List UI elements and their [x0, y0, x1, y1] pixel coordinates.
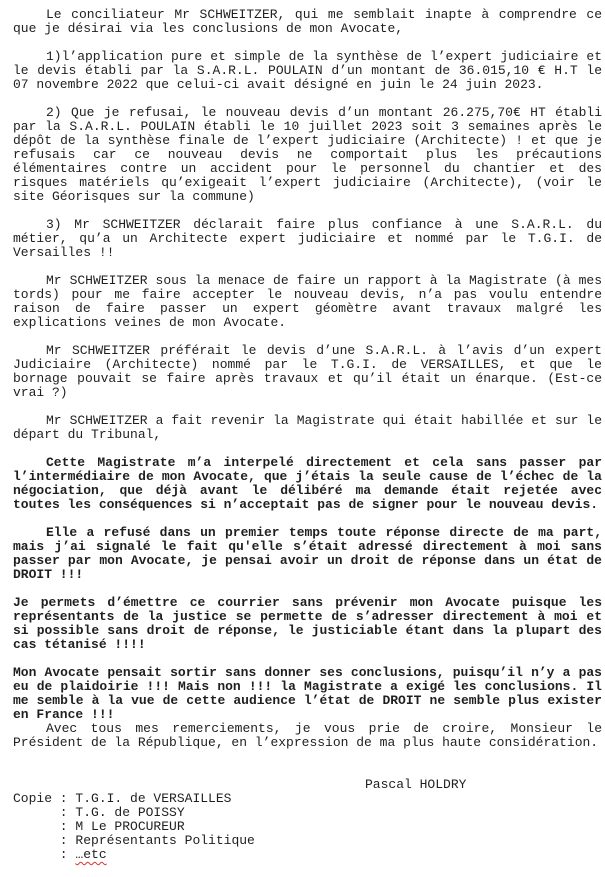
paragraph: Avec tous mes remerciements, je vous pri… [13, 722, 602, 750]
copy-text: Représentants Politique [75, 833, 254, 848]
paragraph: Cette Magistrate m’a interpelé directeme… [13, 456, 602, 512]
paragraph: Je permets d’émettre ce courrier sans pr… [13, 596, 602, 652]
paragraph: Mr SCHWEITZER préférait le devis d’une S… [13, 344, 602, 400]
signature: Pascal HOLDRY [365, 778, 602, 792]
copy-prefix: Copie : [13, 791, 75, 806]
copy-line: : M Le PROCUREUR [13, 820, 602, 834]
copy-text: T.G.I. de VERSAILLES [75, 791, 231, 806]
copy-prefix: : [13, 805, 75, 820]
paragraph: 2) Que je refusai, le nouveau devis d’un… [13, 106, 602, 204]
copy-line: : Représentants Politique [13, 834, 602, 848]
copy-prefix: : [13, 819, 75, 834]
letter-page: Le conciliateur Mr SCHWEITZER, qui me se… [0, 0, 605, 877]
paragraph: 1)l’application pure et simple de la syn… [13, 50, 602, 92]
copy-text: M Le PROCUREUR [75, 819, 184, 834]
copy-text: T.G. de POISSY [75, 805, 184, 820]
paragraph: Mon Avocate pensait sortir sans donner s… [13, 666, 602, 722]
copy-line: Copie : T.G.I. de VERSAILLES [13, 792, 602, 806]
paragraph: Le conciliateur Mr SCHWEITZER, qui me se… [13, 8, 602, 36]
copy-prefix: : [13, 847, 75, 862]
copy-prefix: : [13, 833, 75, 848]
paragraph: 3) Mr SCHWEITZER déclarait faire plus co… [13, 218, 602, 260]
letter-body: Le conciliateur Mr SCHWEITZER, qui me se… [13, 8, 602, 750]
paragraph: Mr SCHWEITZER sous la menace de faire un… [13, 274, 602, 330]
misspelled-word: …etc [75, 847, 106, 862]
copy-list: Copie : T.G.I. de VERSAILLES : T.G. de P… [13, 792, 602, 862]
copy-line: : …etc [13, 848, 602, 862]
paragraph: Elle a refusé dans un premier temps tout… [13, 526, 602, 582]
copy-line: : T.G. de POISSY [13, 806, 602, 820]
paragraph: Mr SCHWEITZER a fait revenir la Magistra… [13, 414, 602, 442]
